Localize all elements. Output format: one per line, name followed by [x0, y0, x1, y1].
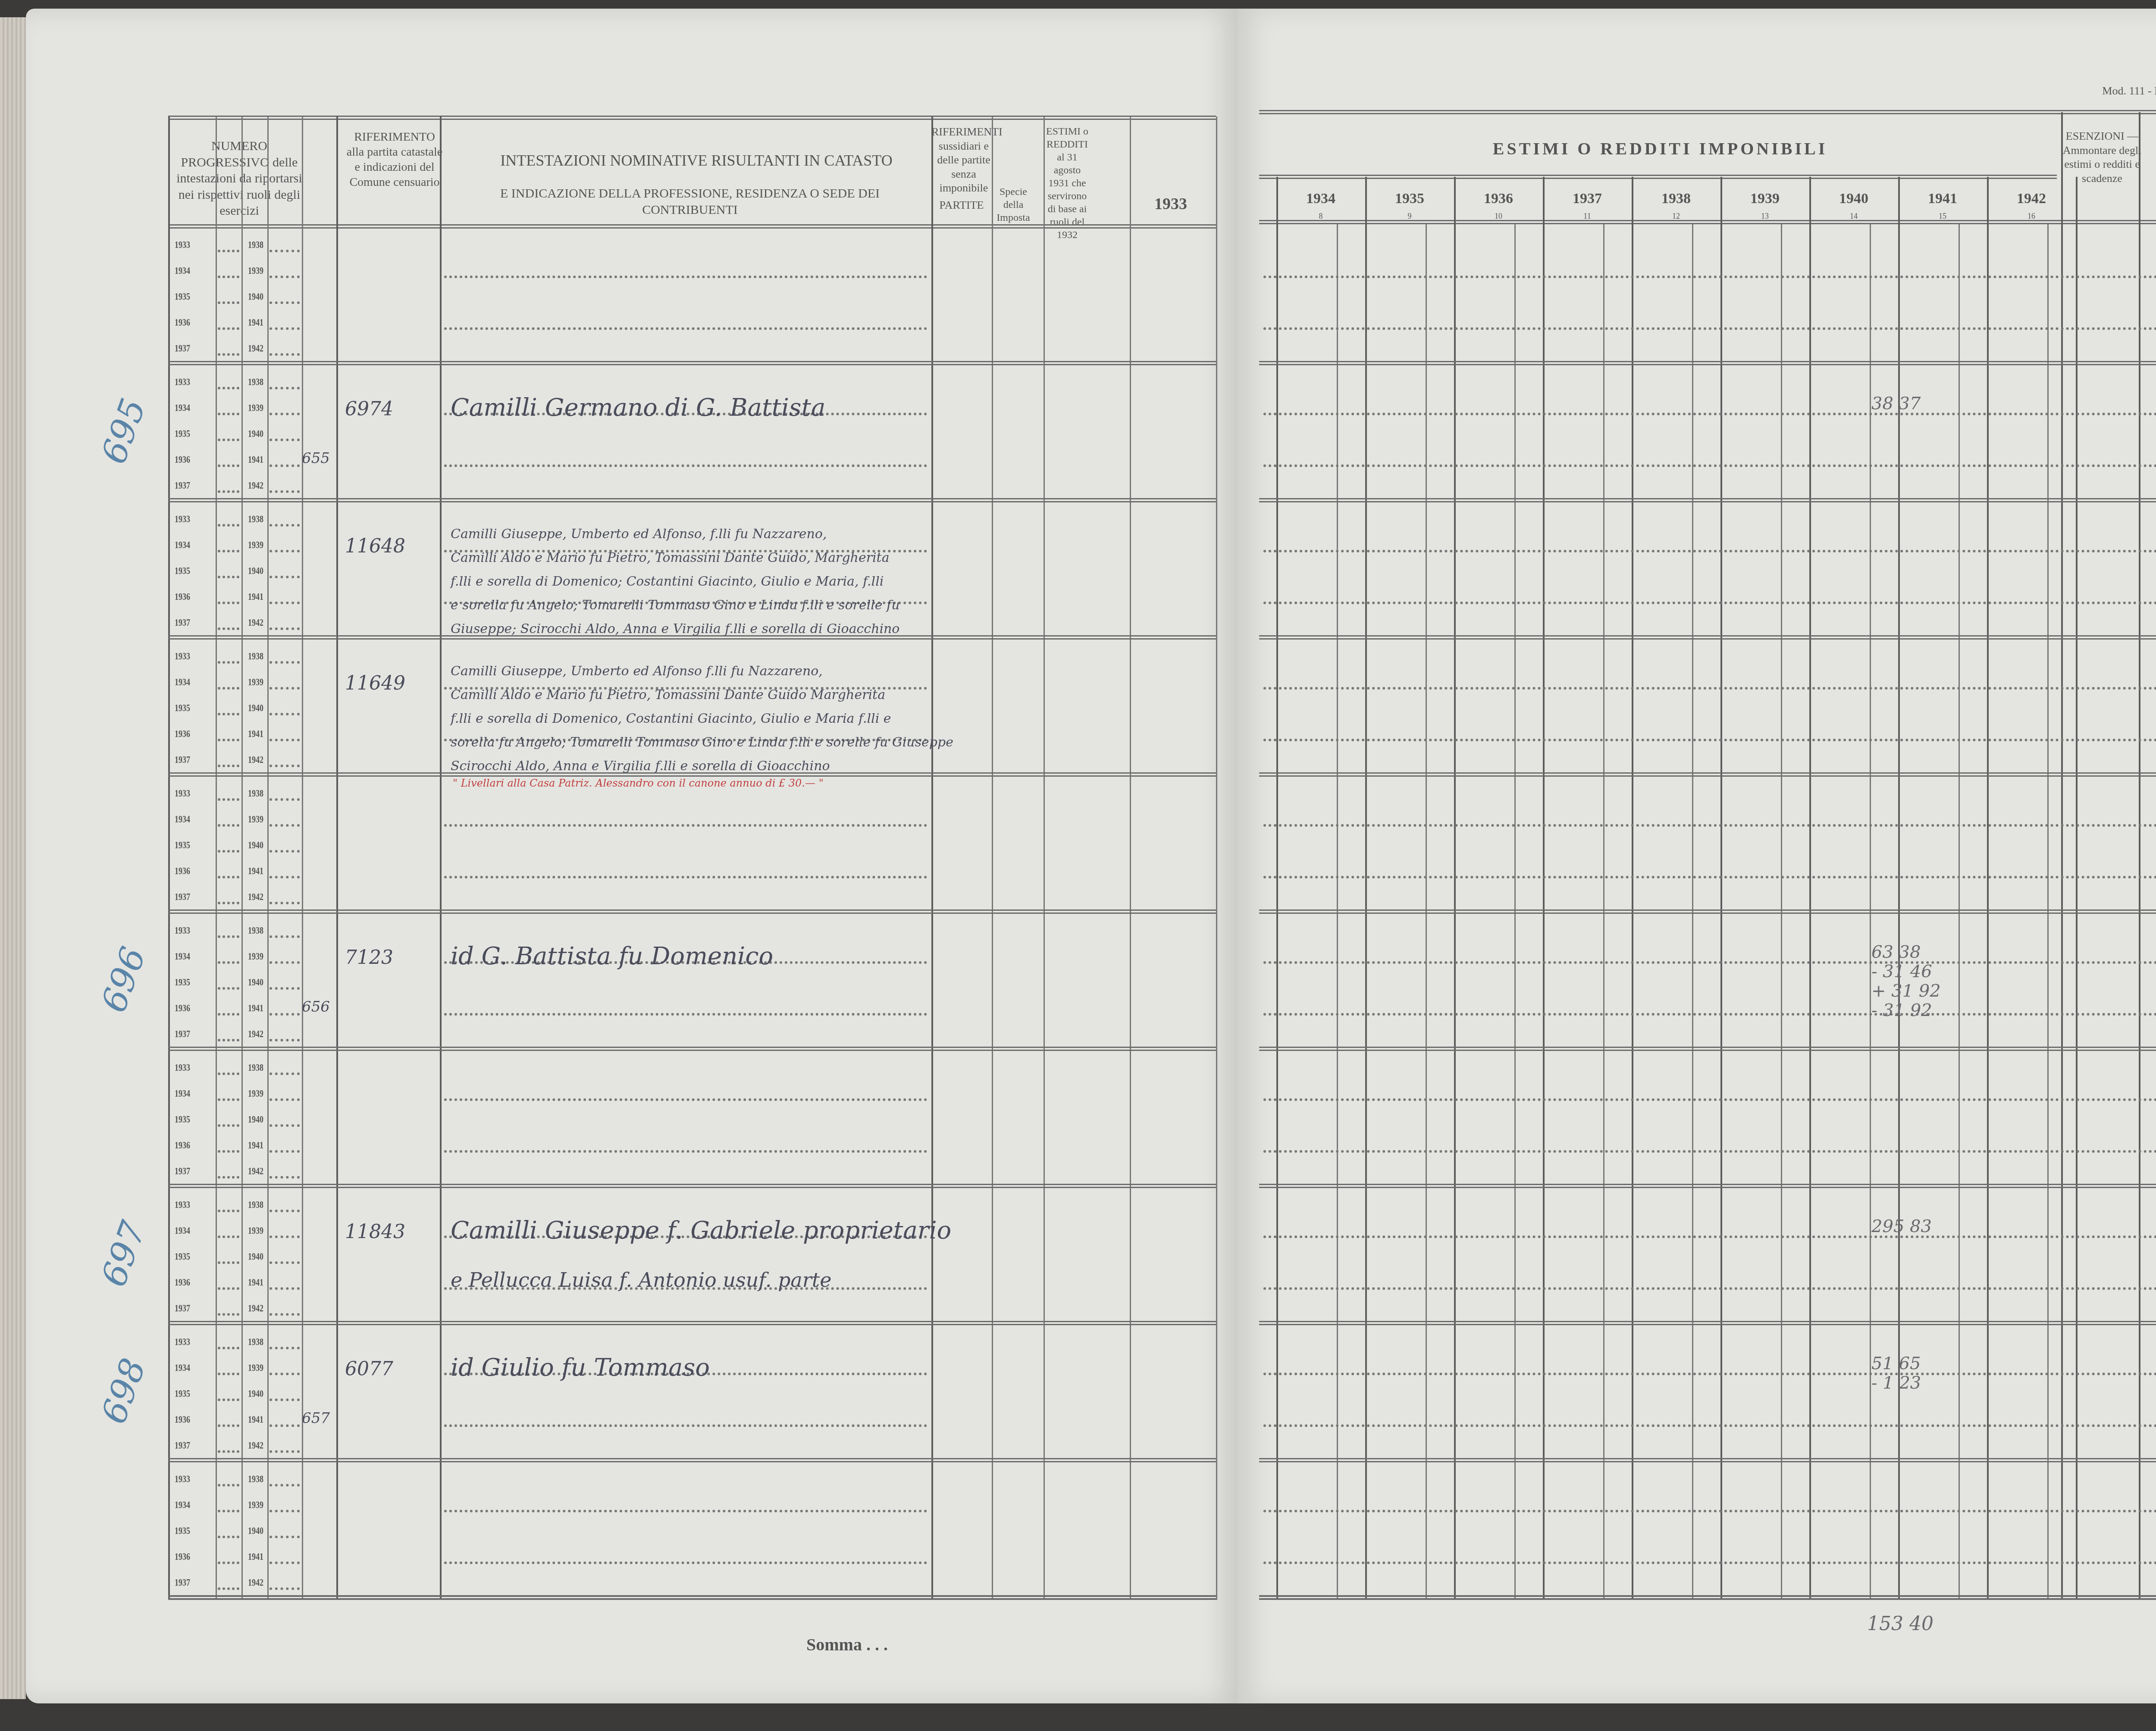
dotted-leader [218, 1373, 239, 1375]
header-bottom-rule [168, 224, 1216, 229]
entry-rule [168, 1458, 1216, 1462]
dotted-row-rule [1263, 413, 2156, 415]
dotted-leader [269, 1236, 300, 1238]
dotted-row-rule [444, 824, 927, 827]
dotted-leader [269, 1562, 300, 1564]
column-rule [1044, 116, 1045, 1600]
table-bottom-rule [168, 1596, 1216, 1600]
dotted-leader [218, 1210, 239, 1212]
estimo-1941-value: - 31 92 [1871, 1000, 1932, 1020]
year-label: 1940 [248, 702, 263, 714]
year-label: 1937 [175, 1029, 190, 1040]
dotted-leader [269, 1176, 300, 1179]
year-label: 1934 [175, 539, 190, 551]
entry-rule-right [1259, 1458, 2156, 1462]
year-label: 1941 [248, 1140, 263, 1151]
year-label: 1941 [248, 454, 263, 466]
dotted-leader [269, 1150, 300, 1153]
year-label: 1936 [175, 317, 190, 329]
intestazione-line: Camilli Giuseppe, Umberto ed Alfonso, f.… [451, 527, 827, 542]
dotted-row-rule [1263, 1287, 2156, 1290]
dotted-leader [218, 935, 239, 938]
dotted-leader [269, 1587, 300, 1590]
year-label: 1942 [248, 1577, 263, 1589]
column-rule [2139, 112, 2140, 1600]
year-label: 1935 [175, 977, 190, 988]
col45-header: RIFERIMENTI sussidiari e delle partite s… [931, 125, 996, 195]
year-label: 1937 [175, 480, 190, 492]
dotted-row-rule [1263, 1150, 2156, 1153]
dotted-leader [218, 1536, 239, 1538]
year-label: 1940 [248, 1251, 263, 1263]
red-annotation: " Livellari alla Casa Patriz. Alessandro… [453, 777, 824, 789]
year-label: 1936 [175, 1003, 190, 1014]
year-label: 1940 [248, 977, 263, 988]
year-label: 1933 [175, 376, 190, 388]
dotted-leader [269, 824, 300, 827]
dotted-leader [218, 550, 239, 552]
dotted-leader [218, 1587, 239, 1590]
dotted-leader [269, 876, 300, 878]
year-label: 1938 [248, 1062, 263, 1074]
year-label: 1939 [248, 265, 263, 277]
entry-rule-right [1259, 1047, 2156, 1051]
col4-header: PARTITE [931, 198, 992, 213]
dotted-row-rule [444, 276, 927, 278]
year-label: 1937 [175, 343, 190, 354]
year-label: 1933 [175, 1199, 190, 1211]
cross-reference: 655 [302, 450, 330, 467]
dotted-leader [269, 987, 300, 990]
dotted-leader [218, 413, 239, 415]
year-label: 1942 [248, 1029, 263, 1040]
partita-reference: 11843 [345, 1221, 405, 1243]
dotted-leader [218, 1150, 239, 1153]
entry-rule-right [1259, 909, 2156, 914]
col5-header: Specie della Imposta [996, 185, 1031, 224]
year-label: 1940 [248, 1525, 263, 1537]
dotted-row-rule [1263, 550, 2156, 552]
dotted-row-rule [1263, 824, 2156, 827]
dotted-leader [269, 353, 300, 356]
intestazione-line: Camilli Giuseppe, Umberto ed Alfonso f.l… [451, 664, 823, 679]
year-header-1941: 1941 [1898, 190, 1987, 208]
dotted-leader [269, 1287, 300, 1290]
dotted-row-rule [1263, 1373, 2156, 1375]
year-label: 1933 [175, 788, 190, 800]
column-rule [931, 116, 933, 1600]
partita-reference: 6974 [345, 398, 393, 420]
dotted-row-rule [1263, 602, 2156, 604]
year-label: 1934 [175, 814, 190, 825]
intestazione-line: Camilli Germano di G. Battista [451, 394, 825, 422]
year-label: 1934 [175, 402, 190, 414]
column-rule [1365, 177, 1367, 1600]
dotted-leader [269, 550, 300, 552]
year-label: 1935 [175, 1388, 190, 1400]
partita-reference: 7123 [345, 947, 393, 969]
dotted-leader [218, 713, 239, 715]
year-label: 1938 [248, 1336, 263, 1348]
dotted-leader [218, 490, 239, 493]
dotted-leader [269, 739, 300, 741]
dotted-leader [218, 276, 239, 278]
estimo-1941-value: + 31 92 [1871, 981, 1941, 1001]
dotted-leader [269, 413, 300, 415]
intestazione-line: e Pellucca Luisa f. Antonio usuf. parte [451, 1268, 831, 1292]
column-rule [1543, 177, 1545, 1600]
dotted-leader [218, 1484, 239, 1486]
dotted-leader [269, 1261, 300, 1264]
col18-header: ANNOTAZIONI [2147, 160, 2156, 177]
year-label: 1937 [175, 891, 190, 903]
dotted-leader [269, 387, 300, 389]
col17-header: ESENZIONI — Ammontare degli estimi o red… [2059, 129, 2145, 185]
year-label: 1942 [248, 891, 263, 903]
dotted-leader [269, 1013, 300, 1016]
year-label: 1935 [175, 840, 190, 851]
year-label: 1934 [175, 265, 190, 277]
dotted-leader [269, 1484, 300, 1486]
dotted-leader [218, 439, 239, 441]
dotted-leader [269, 301, 300, 304]
dotted-leader [269, 1347, 300, 1349]
dotted-leader [218, 1562, 239, 1564]
year-label: 1934 [175, 1499, 190, 1511]
year-label: 1939 [248, 1225, 263, 1237]
dotted-row-rule [1263, 876, 2156, 878]
dotted-row-rule [1263, 961, 2156, 964]
year-header-1936: 1936 [1454, 190, 1543, 208]
year-label: 1936 [175, 1414, 190, 1426]
dotted-leader [269, 765, 300, 767]
dotted-row-rule [1263, 464, 2156, 467]
dotted-leader [269, 713, 300, 715]
estimo-1941-value: - 31 46 [1871, 962, 1932, 982]
dotted-row-rule [1263, 1510, 2156, 1512]
year-label: 1942 [248, 1166, 263, 1177]
intestazione-line: Scirocchi Aldo, Anna e Virgilia f.lli e … [451, 759, 830, 774]
year-label: 1936 [175, 728, 190, 740]
dotted-leader [269, 576, 300, 578]
entry-rule [168, 361, 1216, 365]
dotted-leader [218, 387, 239, 389]
dotted-leader [269, 1450, 300, 1453]
year-label: 1933 [175, 514, 190, 525]
col7-header: 1933 [1143, 194, 1199, 215]
dotted-leader [218, 576, 239, 578]
year-label: 1942 [248, 343, 263, 354]
dotted-leader [218, 876, 239, 878]
column-rule [302, 116, 303, 1600]
dotted-leader [269, 1510, 300, 1512]
entry-rule-right [1259, 635, 2156, 640]
dotted-leader [269, 661, 300, 664]
year-header-1939: 1939 [1720, 190, 1809, 208]
dotted-leader [218, 1013, 239, 1016]
year-label: 1941 [248, 1277, 263, 1289]
intestazione-line: id G. Battista fu Domenico [451, 942, 773, 970]
dotted-leader [218, 353, 239, 356]
partita-reference: 11648 [345, 535, 405, 557]
year-label: 1940 [248, 1114, 263, 1126]
year-label: 1933 [175, 651, 190, 662]
year-label: 1941 [248, 1551, 263, 1563]
year-label: 1934 [175, 1088, 190, 1100]
year-label: 1940 [248, 428, 263, 440]
intestazione-line: Camilli Aldo e Mario fu Pietro, Tomassin… [451, 550, 890, 565]
year-header-1940: 1940 [1809, 190, 1898, 208]
year-label: 1933 [175, 925, 190, 937]
year-label: 1942 [248, 480, 263, 492]
dotted-row-rule [1263, 1424, 2156, 1427]
dotted-row-rule [444, 876, 927, 878]
entry-rule [168, 909, 1216, 914]
column-rule [241, 116, 243, 1600]
dotted-leader [218, 1510, 239, 1512]
dotted-leader [269, 850, 300, 853]
year-label: 1936 [175, 454, 190, 466]
year-label: 1936 [175, 865, 190, 877]
dotted-leader [218, 327, 239, 330]
intestazione-line: f.lli e sorella di Domenico, Costantini … [451, 711, 891, 726]
year-label: 1936 [175, 1277, 190, 1289]
dotted-leader [218, 902, 239, 904]
dotted-leader [269, 1039, 300, 1041]
dotted-leader [218, 1236, 239, 1238]
year-label: 1937 [175, 1303, 190, 1314]
dotted-leader [269, 1098, 300, 1101]
year-label: 1937 [175, 1166, 190, 1177]
dotted-leader [218, 627, 239, 630]
year-label: 1938 [248, 651, 263, 662]
column-rule [336, 116, 338, 1600]
column-rule [1454, 177, 1456, 1600]
dotted-row-rule [444, 1013, 927, 1016]
dotted-leader [269, 250, 300, 252]
col3-title: INTESTAZIONI NOMINATIVE RISULTANTI IN CA… [474, 151, 918, 170]
dotted-leader [218, 1347, 239, 1349]
year-label: 1935 [175, 291, 190, 303]
year-label: 1939 [248, 1362, 263, 1374]
year-label: 1942 [248, 754, 263, 766]
year-label: 1934 [175, 1362, 190, 1374]
dotted-row-rule [444, 1562, 927, 1564]
intestazione-line: sorella fu Angelo; Tomarelli Tommaso Gin… [451, 735, 953, 750]
column-rule [216, 116, 217, 1600]
year-label: 1941 [248, 865, 263, 877]
year-label: 1938 [248, 1474, 263, 1485]
dotted-leader [269, 1373, 300, 1375]
year-label: 1934 [175, 951, 190, 963]
year-label: 1933 [175, 1474, 190, 1485]
year-label: 1939 [248, 677, 263, 688]
year-label: 1939 [248, 951, 263, 963]
year-label: 1941 [248, 1003, 263, 1014]
dotted-leader [218, 464, 239, 467]
year-label: 1938 [248, 925, 263, 937]
entry-rule [168, 1321, 1216, 1325]
entry-rule [168, 1184, 1216, 1188]
year-label: 1938 [248, 239, 263, 251]
intestazione-line: Camilli Giuseppe f. Gabriele proprietari… [451, 1217, 951, 1245]
entry-rule [168, 1047, 1216, 1051]
page-edges-left [0, 17, 26, 1699]
year-label: 1937 [175, 754, 190, 766]
year-label: 1941 [248, 591, 263, 603]
dotted-leader [269, 490, 300, 493]
dotted-leader [269, 1536, 300, 1538]
dotted-leader [269, 602, 300, 604]
dotted-leader [218, 765, 239, 767]
dotted-leader [218, 602, 239, 604]
dotted-leader [218, 1287, 239, 1290]
entry-rule [168, 498, 1216, 502]
dotted-leader [269, 1313, 300, 1316]
dotted-leader [269, 276, 300, 278]
year-label: 1936 [175, 591, 190, 603]
dotted-row-rule [1263, 1236, 2156, 1238]
dotted-row-rule [1263, 327, 2156, 330]
dotted-leader [218, 250, 239, 252]
year-label: 1937 [175, 1577, 190, 1589]
partita-reference: 6077 [345, 1358, 393, 1380]
dotted-leader [218, 301, 239, 304]
estimo-1941-value: 63 38 [1871, 942, 1921, 962]
right-page [1238, 9, 2156, 1703]
estimi-subrule [1259, 175, 2057, 179]
somma-1941-value: 153 40 [1867, 1613, 1934, 1635]
year-label: 1941 [248, 728, 263, 740]
dotted-row-rule [444, 1424, 927, 1427]
year-label: 1940 [248, 291, 263, 303]
cross-reference: 657 [302, 1410, 330, 1427]
column-rule [267, 116, 269, 1600]
column-rule [1987, 177, 1989, 1600]
year-label: 1933 [175, 239, 190, 251]
year-label: 1935 [175, 428, 190, 440]
year-label: 1941 [248, 1414, 263, 1426]
model-label: Mod. 111 - Imposte Dirette (Intercalare)… [2070, 84, 2156, 98]
year-label: 1935 [175, 565, 190, 577]
estimo-1941-value: 295 83 [1871, 1217, 1932, 1236]
column-rule [440, 116, 442, 1600]
dotted-leader [269, 439, 300, 441]
dotted-leader [269, 327, 300, 330]
column-rule [992, 116, 993, 1600]
year-label: 1942 [248, 617, 263, 629]
partita-reference: 11649 [345, 672, 405, 694]
column-rule [1276, 177, 1278, 1600]
year-label: 1937 [175, 617, 190, 629]
year-label: 1939 [248, 1499, 263, 1511]
dotted-row-rule [444, 1150, 927, 1153]
estimo-1941-value: - 1 23 [1871, 1373, 1921, 1393]
dotted-leader [269, 1424, 300, 1427]
intestazione-line: Camilli Aldo e Mario fu Pietro, Tomassin… [451, 687, 885, 702]
column-rule [2076, 177, 2078, 1600]
year-label: 1934 [175, 677, 190, 688]
column-rule [1632, 177, 1633, 1600]
year-label: 1935 [175, 1114, 190, 1126]
estimo-1941-value: 51 65 [1871, 1354, 1921, 1374]
dotted-leader [269, 1124, 300, 1127]
dotted-leader [218, 739, 239, 741]
dotted-row-rule [444, 1098, 927, 1101]
year-header-1938: 1938 [1632, 190, 1720, 208]
dotted-leader [218, 1176, 239, 1179]
dotted-leader [218, 1098, 239, 1101]
year-label: 1939 [248, 814, 263, 825]
dotted-row-rule [1263, 1013, 2156, 1016]
year-label: 1934 [175, 1225, 190, 1237]
dotted-leader [218, 1313, 239, 1316]
dotted-leader [269, 902, 300, 904]
year-label: 1933 [175, 1062, 190, 1074]
intestazione-line: e sorella fu Angelo; Tomarelli Tommaso G… [451, 598, 900, 613]
entry-rule-right [1259, 361, 2156, 365]
dotted-leader [218, 1039, 239, 1041]
estimo-1941-value: 38 37 [1871, 394, 1921, 414]
dotted-leader [269, 627, 300, 630]
dotted-row-rule [444, 464, 927, 467]
year-label: 1939 [248, 402, 263, 414]
somma-label: Somma . . . [806, 1634, 888, 1655]
year-label: 1940 [248, 1388, 263, 1400]
dotted-leader [269, 464, 300, 467]
dotted-row-rule [1263, 687, 2156, 690]
cross-reference: 656 [302, 998, 330, 1016]
column-rule [1216, 116, 1217, 1600]
year-label: 1938 [248, 788, 263, 800]
year-label: 1938 [248, 1199, 263, 1211]
dotted-leader [269, 798, 300, 801]
dotted-leader [218, 1399, 239, 1401]
year-label: 1935 [175, 1251, 190, 1263]
entry-rule-right [1259, 498, 2156, 502]
header-top-rule-right [1259, 110, 2156, 114]
col1-header: NUMERO PROGRESSIVO delle intestazioni da… [172, 138, 306, 219]
dotted-leader [269, 524, 300, 527]
dotted-leader [218, 1072, 239, 1075]
dotted-leader [218, 1124, 239, 1127]
year-label: 1942 [248, 1303, 263, 1314]
dotted-leader [218, 1261, 239, 1264]
year-label: 1936 [175, 1551, 190, 1563]
table-bottom-rule-right [1259, 1596, 2156, 1600]
col2-header: RIFERIMENTO alla partita catastale e ind… [345, 129, 444, 190]
year-header-1934: 1934 [1276, 190, 1365, 208]
column-rule [1720, 177, 1722, 1600]
year-label: 1937 [175, 1440, 190, 1452]
header-bottom-rule-right [1259, 220, 2156, 224]
column-rule [2061, 112, 2063, 1600]
column-rule [168, 116, 170, 1600]
dotted-leader [269, 1210, 300, 1212]
dotted-leader [218, 687, 239, 690]
entry-rule-right [1259, 772, 2156, 777]
dotted-row-rule [444, 1510, 927, 1512]
dotted-leader [269, 1072, 300, 1075]
year-label: 1940 [248, 840, 263, 851]
year-label: 1933 [175, 1336, 190, 1348]
year-label: 1935 [175, 1525, 190, 1537]
dotted-row-rule [1263, 1098, 2156, 1101]
entry-rule-right [1259, 1321, 2156, 1325]
year-label: 1939 [248, 1088, 263, 1100]
column-rule [1130, 116, 1131, 1600]
year-header-1935: 1935 [1365, 190, 1454, 208]
